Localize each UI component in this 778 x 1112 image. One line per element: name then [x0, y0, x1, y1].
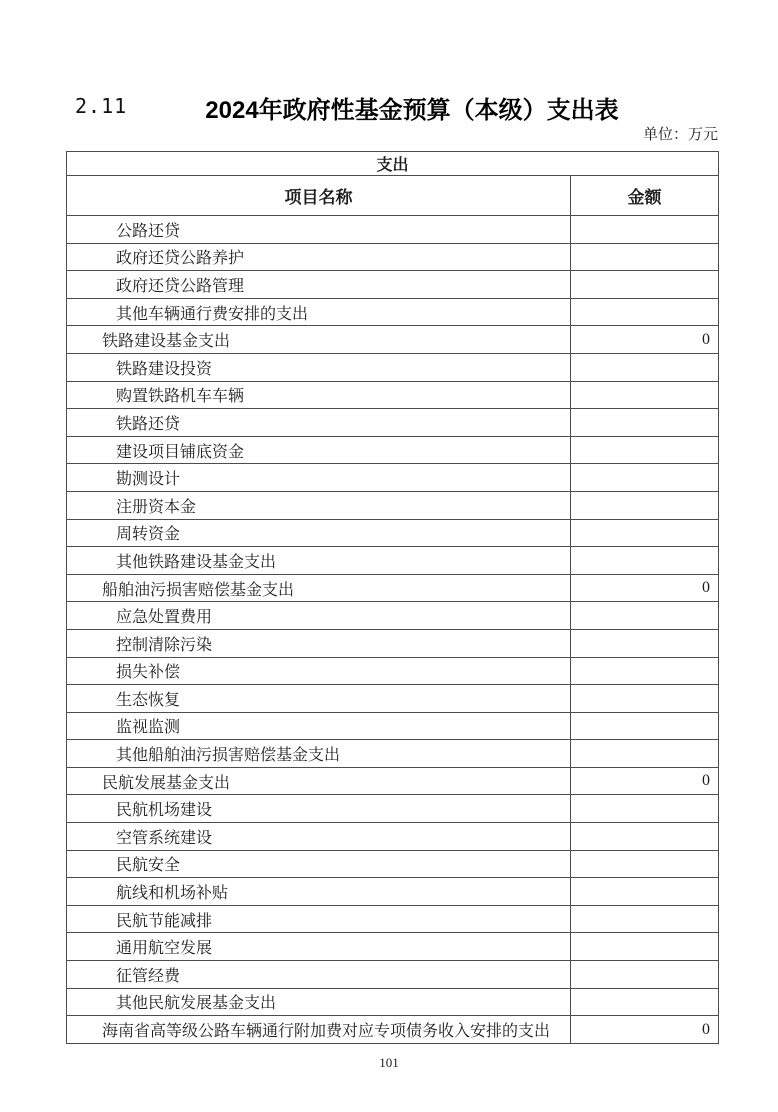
item-name-cell: 民航安全: [67, 850, 571, 878]
table-row: 其他船舶油污损害赔偿基金支出: [67, 740, 719, 768]
item-name-cell: 其他铁路建设基金支出: [67, 547, 571, 575]
item-amount-cell: [571, 353, 719, 381]
table-row: 航线和机场补贴: [67, 878, 719, 906]
item-name-cell: 公路还贷: [67, 216, 571, 244]
page-number: 101: [0, 1055, 778, 1071]
item-name-cell: 通用航空发展: [67, 933, 571, 961]
table-row: 民航机场建设: [67, 795, 719, 823]
table-row: 勘测设计: [67, 464, 719, 492]
item-name-cell: 航线和机场补贴: [67, 878, 571, 906]
item-name-cell: 民航节能减排: [67, 905, 571, 933]
item-amount-cell: [571, 685, 719, 713]
item-amount-cell: [571, 436, 719, 464]
table-row: 其他车辆通行费安排的支出: [67, 298, 719, 326]
item-amount-cell: [571, 933, 719, 961]
item-name-cell: 政府还贷公路养护: [67, 243, 571, 271]
item-amount-cell: [571, 629, 719, 657]
item-name-cell: 其他民航发展基金支出: [67, 988, 571, 1016]
table-row: 其他民航发展基金支出: [67, 988, 719, 1016]
item-name-cell: 船舶油污损害赔偿基金支出: [67, 574, 571, 602]
table-row: 公路还贷: [67, 216, 719, 244]
item-amount-cell: [571, 657, 719, 685]
table-row: 通用航空发展: [67, 933, 719, 961]
item-name-cell: 注册资本金: [67, 491, 571, 519]
table-row: 铁路建设基金支出0: [67, 326, 719, 354]
item-name-cell: 铁路还贷: [67, 409, 571, 437]
table-row: 民航安全: [67, 850, 719, 878]
item-amount-cell: [571, 795, 719, 823]
table-row: 周转资金: [67, 519, 719, 547]
item-amount-cell: 0: [571, 767, 719, 795]
table-row: 征管经费: [67, 961, 719, 989]
page-title: 2024年政府性基金预算（本级）支出表: [46, 90, 778, 125]
table-row: 注册资本金: [67, 491, 719, 519]
table-row: 空管系统建设: [67, 823, 719, 851]
table-row: 铁路还贷: [67, 409, 719, 437]
item-name-cell: 控制清除污染: [67, 629, 571, 657]
column-header-amount: 金额: [571, 176, 719, 216]
table-row: 生态恢复: [67, 685, 719, 713]
item-amount-cell: 0: [571, 1016, 719, 1044]
table-group-header: 支出: [67, 152, 719, 176]
item-name-cell: 勘测设计: [67, 464, 571, 492]
unit-label: 单位：万元: [643, 123, 718, 144]
item-amount-cell: [571, 712, 719, 740]
item-amount-cell: [571, 602, 719, 630]
item-amount-cell: [571, 271, 719, 299]
table-row: 损失补偿: [67, 657, 719, 685]
item-amount-cell: [571, 491, 719, 519]
item-amount-cell: [571, 823, 719, 851]
item-name-cell: 其他船舶油污损害赔偿基金支出: [67, 740, 571, 768]
item-name-cell: 周转资金: [67, 519, 571, 547]
item-name-cell: 建设项目铺底资金: [67, 436, 571, 464]
table-row: 船舶油污损害赔偿基金支出0: [67, 574, 719, 602]
item-name-cell: 政府还贷公路管理: [67, 271, 571, 299]
item-name-cell: 应急处置费用: [67, 602, 571, 630]
item-amount-cell: [571, 850, 719, 878]
table-row: 海南省高等级公路车辆通行附加费对应专项债务收入安排的支出0: [67, 1016, 719, 1044]
table-group-header-row: 支出: [67, 152, 719, 176]
table-row: 其他铁路建设基金支出: [67, 547, 719, 575]
item-amount-cell: [571, 740, 719, 768]
item-name-cell: 征管经费: [67, 961, 571, 989]
budget-table: 支出 项目名称 金额 公路还贷政府还贷公路养护政府还贷公路管理其他车辆通行费安排…: [66, 151, 719, 1044]
table-row: 控制清除污染: [67, 629, 719, 657]
item-name-cell: 空管系统建设: [67, 823, 571, 851]
item-amount-cell: 0: [571, 574, 719, 602]
table-row: 购置铁路机车车辆: [67, 381, 719, 409]
table-row: 应急处置费用: [67, 602, 719, 630]
item-amount-cell: [571, 961, 719, 989]
item-amount-cell: [571, 519, 719, 547]
item-amount-cell: [571, 409, 719, 437]
item-name-cell: 海南省高等级公路车辆通行附加费对应专项债务收入安排的支出: [67, 1016, 571, 1044]
item-amount-cell: [571, 988, 719, 1016]
item-name-cell: 监视监测: [67, 712, 571, 740]
table-body: 公路还贷政府还贷公路养护政府还贷公路管理其他车辆通行费安排的支出铁路建设基金支出…: [67, 216, 719, 1044]
table-row: 民航发展基金支出0: [67, 767, 719, 795]
table-column-header-row: 项目名称 金额: [67, 176, 719, 216]
item-amount-cell: [571, 216, 719, 244]
item-name-cell: 铁路建设投资: [67, 353, 571, 381]
item-amount-cell: [571, 243, 719, 271]
item-name-cell: 其他车辆通行费安排的支出: [67, 298, 571, 326]
item-name-cell: 损失补偿: [67, 657, 571, 685]
table-row: 民航节能减排: [67, 905, 719, 933]
table-row: 建设项目铺底资金: [67, 436, 719, 464]
item-amount-cell: [571, 878, 719, 906]
item-amount-cell: [571, 298, 719, 326]
document-page: 2.11 2024年政府性基金预算（本级）支出表 单位：万元 支出 项目名称 金…: [0, 0, 778, 1112]
item-name-cell: 购置铁路机车车辆: [67, 381, 571, 409]
item-name-cell: 铁路建设基金支出: [67, 326, 571, 354]
table-row: 铁路建设投资: [67, 353, 719, 381]
item-amount-cell: [571, 464, 719, 492]
item-name-cell: 民航发展基金支出: [67, 767, 571, 795]
item-amount-cell: [571, 381, 719, 409]
table-row: 政府还贷公路管理: [67, 271, 719, 299]
item-name-cell: 民航机场建设: [67, 795, 571, 823]
item-amount-cell: [571, 905, 719, 933]
item-amount-cell: [571, 547, 719, 575]
table-row: 监视监测: [67, 712, 719, 740]
item-amount-cell: 0: [571, 326, 719, 354]
table-row: 政府还贷公路养护: [67, 243, 719, 271]
column-header-item-name: 项目名称: [67, 176, 571, 216]
item-name-cell: 生态恢复: [67, 685, 571, 713]
